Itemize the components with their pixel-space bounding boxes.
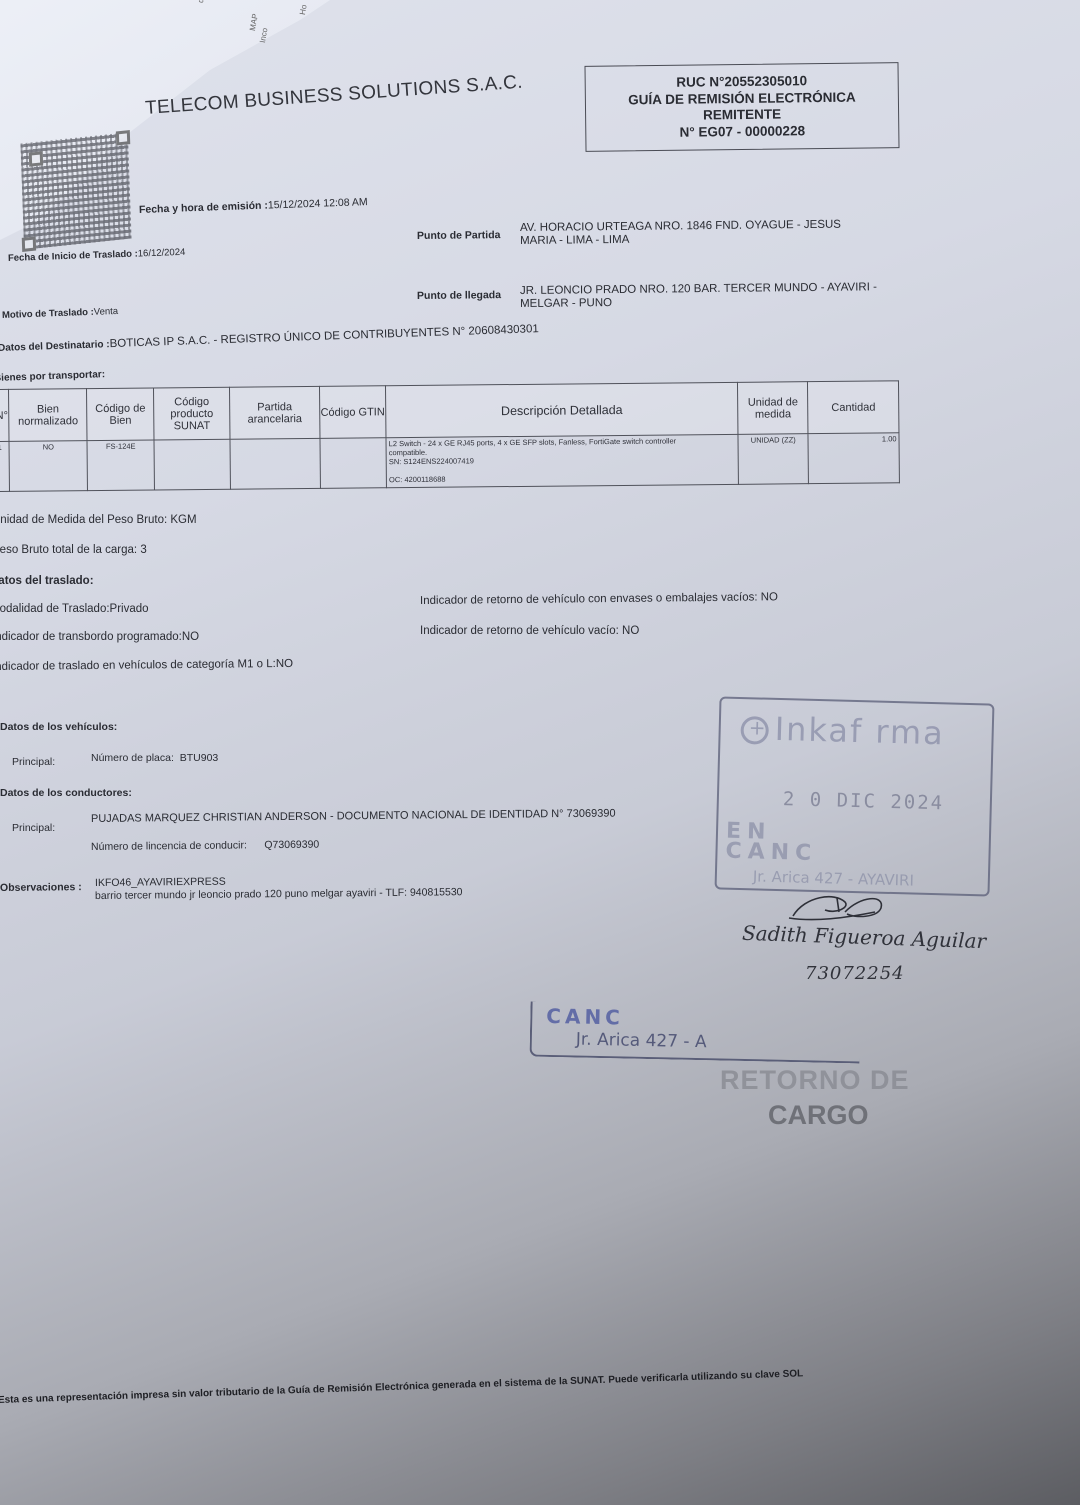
signature-scribble [785, 888, 895, 924]
legal-footer: Esta es una representación impresa sin v… [0, 1368, 803, 1406]
retorno-stamp-line2: CARGO [768, 1100, 869, 1131]
driver-license-label: Número de lincencia de conducir: [91, 839, 247, 853]
stamp-cancelado-text: CANC [546, 1004, 624, 1030]
vehicles-heading: Datos de los vehículos: [0, 721, 117, 733]
emission-date-row: Fecha y hora de emisión :15/12/2024 12:0… [139, 196, 368, 216]
company-name: TELECOM BUSINESS SOLUTIONS S.A.C. [144, 72, 523, 120]
return-packaging-indicator: Indicador de retorno de vehículo con env… [420, 591, 778, 607]
col-header-tariff: Partida arancelaria [230, 386, 320, 439]
origin-address-line2: MARIA - LIMA - LIMA [520, 232, 841, 248]
observations-line1: IKFO46_AYAVIRIEXPRESS [95, 876, 226, 889]
observations-label: Observaciones : [0, 881, 82, 894]
weight-unit-row: Unidad de Medida del Peso Bruto: KGM [0, 514, 197, 526]
transfer-reason-value: Venta [94, 306, 119, 318]
transfer-heading: Datos del traslado: [0, 575, 94, 587]
qr-code-icon [20, 132, 131, 249]
transfer-reason-label: Motivo de Traslado : [2, 307, 94, 321]
description-serial: SN: S124ENS224007419 [389, 454, 736, 466]
weight-unit-value: KGM [170, 514, 196, 526]
observations-line2: barrio tercer mundo jr leoncio prado 120… [95, 886, 463, 902]
transfer-start-value: 16/12/2024 [138, 247, 186, 260]
origin-address: AV. HORACIO URTEAGA NRO. 1846 FND. OYAGU… [520, 219, 841, 248]
cell-item-code: FS-124E [87, 440, 154, 491]
return-empty-indicator: Indicador de retorno de vehículo vacío: … [420, 625, 639, 637]
col-header-item-code: Código de Bien [87, 388, 154, 441]
col-header-normalized: Bien normalizado [9, 389, 88, 442]
transfer-mode: Modalidad de Traslado:Privado [0, 603, 149, 615]
description-order: OC: 4200118688 [389, 472, 736, 484]
cell-gtin [320, 438, 387, 489]
recipient-label: Datos del Destinatario : [0, 339, 110, 354]
table-header-row: N° Bien normalizado Código de Bien Códig… [0, 381, 899, 442]
transshipment-indicator: Indicador de transbordo programado:NO [0, 631, 199, 643]
driver-license-row: Número de lincencia de conducir: Q730693… [91, 839, 319, 853]
vehicle-principal-label: Principal: [12, 756, 55, 768]
goods-table: N° Bien normalizado Código de Bien Códig… [0, 380, 900, 492]
col-header-sunat-code: Código producto SUNAT [153, 387, 230, 440]
inkafarma-cross-icon [740, 716, 769, 745]
cell-unit: UNIDAD (ZZ) [738, 434, 809, 485]
goods-heading: Bienes por transportar: [0, 369, 105, 384]
weight-total-value: 3 [140, 544, 146, 556]
col-header-quantity: Cantidad [808, 381, 899, 434]
weight-total-row: Peso Bruto total de la carga: 3 [0, 544, 147, 556]
inkafarma-stamp: Inkaf rma 2 0 DIC 2024 EN CANC Jr. Arica… [715, 696, 995, 896]
ruc-box: RUC N°20552305010 GUÍA DE REMISIÓN ELECT… [584, 62, 899, 152]
recipient-row: Datos del Destinatario :BOTICAS IP S.A.C… [0, 323, 539, 354]
vehicle-plate-label: Número de placa: [91, 752, 174, 764]
col-header-gtin: Código GTIN [319, 386, 386, 439]
transfer-reason-row: Motivo de Traslado :Venta [2, 306, 118, 321]
destination-address-line2: MELGAR - PUNO [520, 294, 877, 311]
weight-unit-label: Unidad de Medida del Peso Bruto: [0, 514, 167, 526]
emission-date-value: 15/12/2024 12:08 AM [268, 196, 368, 211]
signer-dni: 73072254 [805, 963, 905, 984]
vehicle-plate-value: BTU903 [180, 752, 219, 764]
stamp-cancelado-address: Jr. Arica 427 - A [576, 1030, 707, 1053]
destination-label: Punto de llegada [417, 289, 501, 302]
document-number: N° EG07 - 00000228 [586, 122, 898, 142]
cell-quantity: 1.00 [808, 433, 899, 484]
stamp-date: 2 0 DIC 2024 [783, 788, 945, 814]
cell-number: 1 [0, 441, 10, 491]
inkafarma-logo: Inkaf rma [740, 709, 945, 752]
recipient-value: BOTICAS IP S.A.C. - REGISTRO ÚNICO DE CO… [109, 323, 539, 350]
col-header-description: Descripción Detallada [386, 382, 738, 437]
emission-date-label: Fecha y hora de emisión : [139, 200, 268, 216]
stamp-brand: Inkaf rma [774, 710, 945, 752]
stamp-address: Jr. Arica 427 - AYAVIRI [753, 867, 914, 889]
cell-sunat-code [154, 439, 231, 490]
vehicle-plate-row: Número de placa: BTU903 [91, 752, 218, 764]
table-row: 1 NO FS-124E L2 Switch - 24 x GE RJ45 po… [0, 433, 899, 492]
driver-license-value: Q73069390 [264, 839, 319, 852]
folded-sheet-fragment: Inco [258, 27, 269, 43]
stamp-line2: CANC [725, 839, 817, 866]
folded-sheet-fragment: Ho [298, 4, 309, 16]
cancelado-stamp: CANC Jr. Arica 427 - A [529, 1002, 860, 1064]
origin-label: Punto de Partida [417, 229, 501, 242]
cell-tariff [230, 438, 320, 489]
destination-address: JR. LEONCIO PRADO NRO. 120 BAR. TERCER M… [520, 281, 877, 311]
drivers-heading: Datos de los conductores: [0, 787, 132, 799]
retorno-stamp-line1: RETORNO DE [720, 1065, 910, 1096]
col-header-unit: Unidad de medida [738, 382, 809, 435]
cell-description: L2 Switch - 24 x GE RJ45 ports, 4 x GE S… [386, 434, 738, 487]
signer-name: Sadith Figueroa Aguilar [742, 921, 987, 954]
driver-name: PUJADAS MARQUEZ CHRISTIAN ANDERSON - DOC… [91, 808, 616, 825]
vehicle-category-indicator: Indicador de traslado en vehículos de ca… [0, 658, 293, 673]
cell-normalized: NO [9, 441, 88, 492]
weight-total-label: Peso Bruto total de la carga: [0, 544, 137, 556]
driver-principal-label: Principal: [12, 822, 55, 834]
